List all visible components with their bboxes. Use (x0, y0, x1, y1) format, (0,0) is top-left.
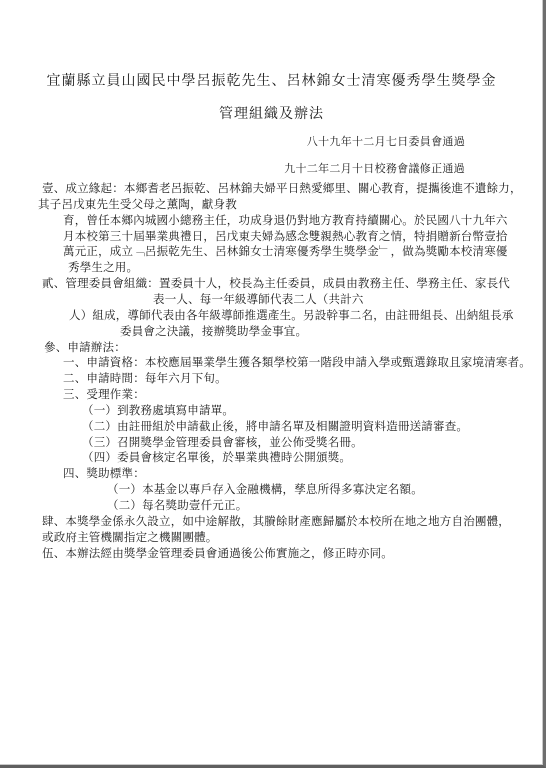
approval-date-line: 九十二年二月十日校務會議修正通過 (284, 160, 465, 176)
doc-line: 人）組成，導師代表由各年級導師推選產生。另設幹事二名，由註冊組長、出納組長承 (69, 310, 514, 323)
approval-date-line: 八十九年十二月七日委員會通過 (307, 133, 465, 149)
doc-line: 貳、管理委員會組織：置委員十人，校長為主任委員，成員由教務主任、學務主任、家長代 (42, 278, 510, 291)
doc-line: （二）由註冊組於申請截止後，將申請名單及相關證明資料造冊送請審查。 (82, 421, 468, 434)
doc-line: 或政府主管機關指定之機關團體。 (42, 532, 218, 545)
doc-line: 四、獎助標準： (63, 468, 145, 481)
doc-line: 壹、成立緣起：本鄉耆老呂振乾、呂林錦夫婦平日熱愛鄉里、關心教育，提攜後進不遺餘力… (42, 183, 522, 196)
document-page: 宜蘭縣立員山國民中學呂振乾先生、呂林錦女士清寒優秀學生獎學金 管理組織及辦法 八… (0, 0, 546, 768)
doc-line: 一、申請資格：本校應屆畢業學生獲各類學校第一階段申請入學或甄選錄取且家境清寒者。 (63, 357, 531, 370)
document-title-line-2: 管理組織及辦法 (0, 103, 543, 123)
doc-line: 委員會之決議，接辦獎助學金事宜。 (120, 326, 307, 339)
doc-line: （四）委員會核定名單後，於畢業典禮時公開頒獎。 (82, 452, 351, 465)
doc-line: 二、申請時間：每年六月下旬。 (63, 373, 227, 386)
doc-line: 萬元正，成立﹁呂振乾先生、呂林錦女士清寒優秀學生獎學金﹂，做為獎勵本校清寒優 (63, 246, 508, 259)
doc-line: 表一人、每一年級導師代表二人（共計六 (153, 294, 364, 307)
doc-line: 月本校第三十屆畢業典禮日，呂戊東夫婦為感念雙親熱心教育之情，特捐贈新台幣壹拾 (63, 231, 508, 244)
doc-line: （一）到教務處填寫申請單。 (82, 405, 234, 418)
doc-line: 三、受理作業： (63, 389, 145, 402)
doc-line: 伍、本辦法經由獎學金管理委員會通過後公佈實施之，修正時亦同。 (42, 548, 393, 561)
doc-line: 其子呂戊東先生受父母之薰陶，獻身教 (38, 199, 237, 212)
doc-line: 秀學生之用。 (68, 262, 138, 275)
doc-line: （三）召開獎學金管理委員會審核，並公佈受獎名冊。 (82, 437, 363, 450)
doc-line: （二）每名獎助壹仟元正。 (107, 500, 247, 513)
doc-line: 參、申請辦法： (44, 342, 126, 355)
doc-line: （一）本基金以專戶存入金融機構，孳息所得多寡決定名額。 (107, 484, 423, 497)
doc-line: 肆、本獎學金係永久設立，如中途解散，其賸餘財產應歸屬於本校所在地之地方自治團體， (42, 516, 510, 529)
doc-line: 育，曾任本鄉內城國小總務主任，功成身退仍對地方教育持續關心。於民國八十九年六 (63, 215, 508, 228)
document-title-line-1: 宜蘭縣立員山國民中學呂振乾先生、呂林錦女士清寒優秀學生獎學金 (0, 70, 543, 90)
